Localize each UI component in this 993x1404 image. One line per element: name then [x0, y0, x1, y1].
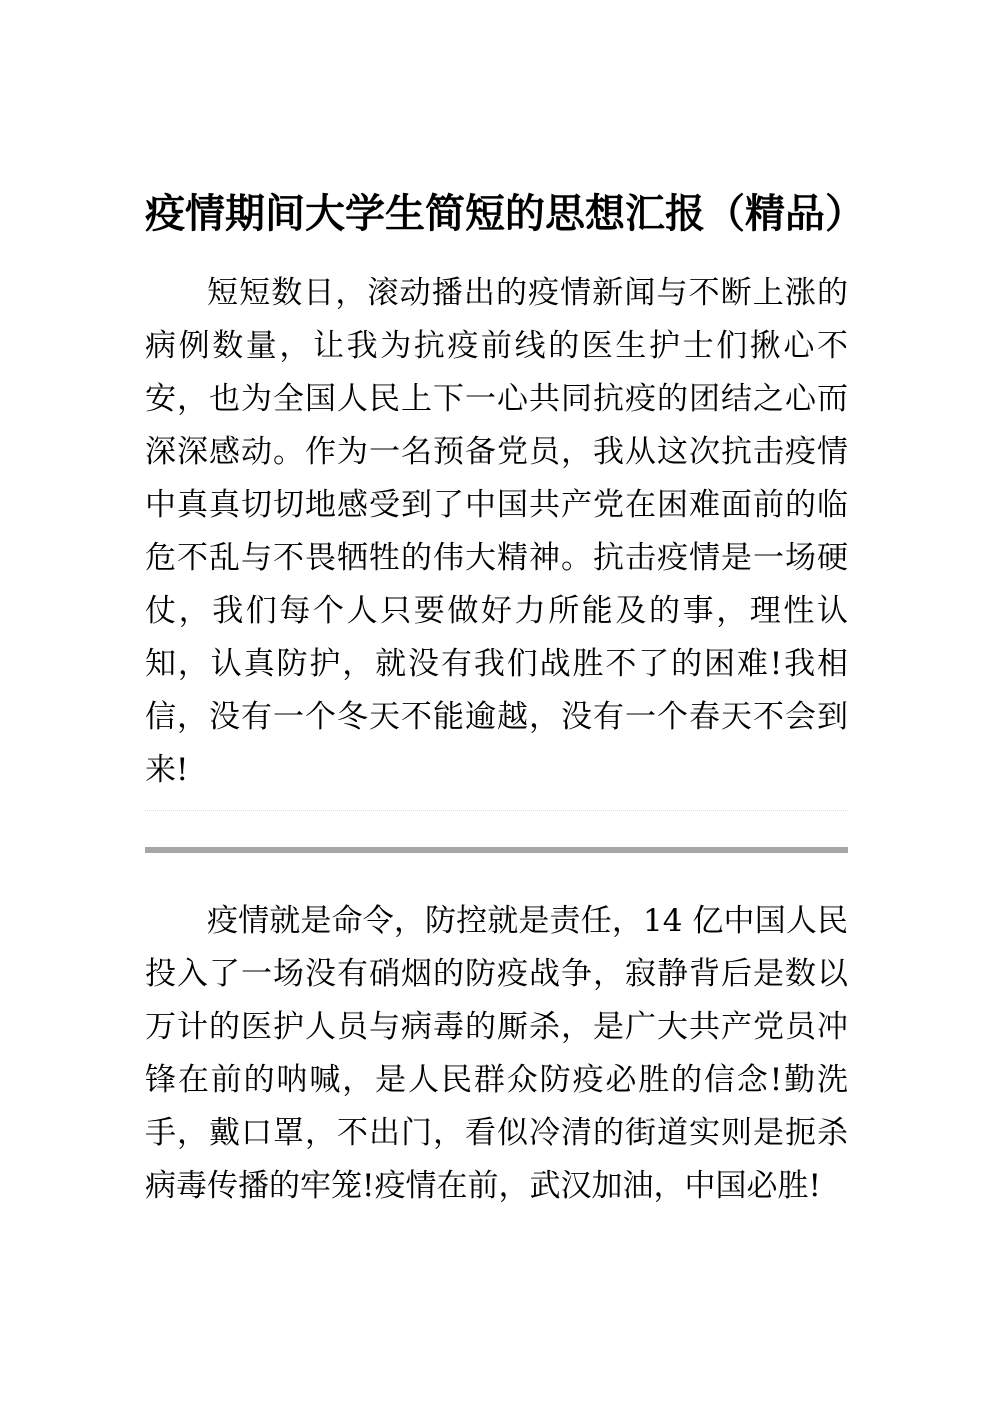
document-page: 疫情期间大学生简短的思想汇报（精品） 短短数日，滚动播出的疫情新闻与不断上涨的病…	[0, 0, 993, 1404]
paragraph-2: 疫情就是命令，防控就是责任，14 亿中国人民投入了一场没有硝烟的防疫战争，寂静背…	[145, 895, 848, 1213]
thin-dotted-divider	[145, 810, 848, 811]
paragraph-1: 短短数日，滚动播出的疫情新闻与不断上涨的病例数量，让我为抗疫前线的医生护士们揪心…	[145, 267, 848, 797]
document-title: 疫情期间大学生简短的思想汇报（精品）	[145, 186, 848, 241]
section-divider-bar	[145, 847, 848, 853]
